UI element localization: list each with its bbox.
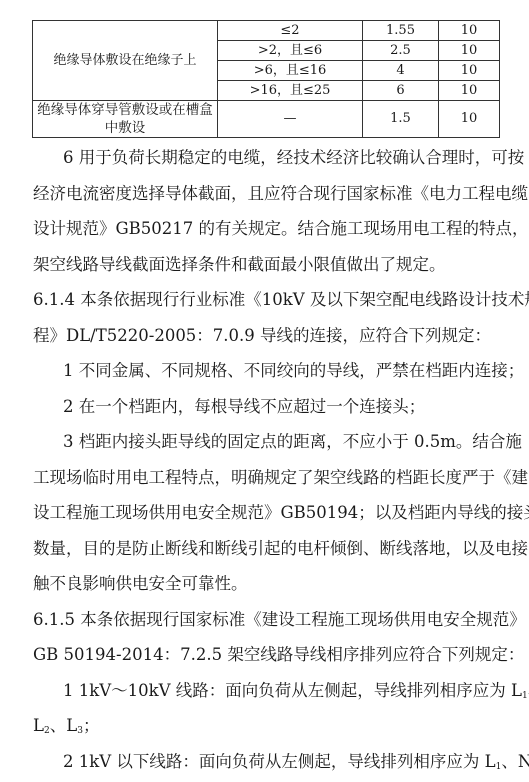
table-cell-span: >16，且≤25: [218, 81, 363, 101]
table-cell-min-section: 4: [363, 61, 439, 81]
table-row: 绝缘导体敷设在绝缘子上 ≤2 1.55 10: [33, 21, 500, 41]
table-cell-min-section: 2.5: [363, 41, 439, 61]
paragraph-line: 设计规范》GB50217 的有关规定。结合施工现场用电工程的特点，对: [33, 211, 503, 247]
table-cell-value: 10: [439, 81, 500, 101]
paragraph-line: 架空线路导线截面选择条件和截面最小限值做出了规定。: [33, 247, 503, 283]
table-cell-method: 绝缘导体穿导管敷设或在槽盒中敷设: [33, 101, 218, 138]
table-cell-min-section: 6: [363, 81, 439, 101]
text-run: 1 1kV～10kV 线路：面向负荷从左侧起，导线排列相序应为 L: [63, 681, 522, 700]
table-cell-value: 10: [439, 21, 500, 41]
paragraph-line: GB 50194-2014：7.2.5 架空线路导线相序排列应符合下列规定：: [33, 637, 503, 673]
document-body: 6 用于负荷长期稳定的电缆，经技术经济比较确认合理时，可按 经济电流密度选择导体…: [33, 140, 503, 779]
paragraph-line: 触不良影响供电安全可靠性。: [33, 566, 503, 602]
paragraph-line: L2、L3；: [33, 708, 503, 744]
list-item: 1 1kV～10kV 线路：面向负荷从左侧起，导线排列相序应为 L1、: [33, 673, 503, 709]
table-cell-min-section: 1.55: [363, 21, 439, 41]
table-cell-span: ≤2: [218, 21, 363, 41]
table-cell-value: 10: [439, 61, 500, 81]
table-cell-value: 10: [439, 101, 500, 138]
section-heading-6-1-5: 6.1.5 本条依据现行国家标准《建设工程施工现场供用电安全规范》: [33, 602, 503, 638]
list-item: 2 1kV 以下线路：面向负荷从左侧起，导线排列相序应为 L1、N、: [33, 744, 503, 780]
text-run: ；: [83, 716, 100, 735]
text-run: 、N、: [501, 752, 529, 771]
list-item: 1 不同金属、不同规格、不同绞向的导线，严禁在档距内连接；: [33, 353, 503, 389]
text-run: 、L: [50, 716, 77, 735]
list-item: 2 在一个档距内，每根导线不应超过一个连接头；: [33, 389, 503, 425]
text-run: L: [33, 716, 44, 735]
paragraph-line: 数量，目的是防止断线和断线引起的电杆倾倒、断线落地，以及电接: [33, 531, 503, 567]
list-item: 3 档距内接头距导线的固定点的距离，不应小于 0.5m。结合施: [33, 424, 503, 460]
section-heading-6-1-4: 6.1.4 本条依据现行行业标准《10kV 及以下架空配电线路设计技术规: [33, 282, 503, 318]
table-cell-method: 绝缘导体敷设在绝缘子上: [33, 21, 218, 101]
paragraph-line: 经济电流密度选择导体截面，且应符合现行国家标准《电力工程电缆: [33, 176, 503, 212]
table-cell-min-section: 1.5: [363, 101, 439, 138]
paragraph-line: 工现场临时用电工程特点，明确规定了架空线路的档距长度严于《建: [33, 460, 503, 496]
table-row: 绝缘导体穿导管敷设或在槽盒中敷设 — 1.5 10: [33, 101, 500, 138]
table-cell-value: 10: [439, 41, 500, 61]
text-run: 2 1kV 以下线路：面向负荷从左侧起，导线排列相序应为 L: [63, 752, 496, 771]
conductor-min-section-table: 绝缘导体敷设在绝缘子上 ≤2 1.55 10 >2，且≤6 2.5 10 >6，…: [32, 20, 500, 138]
table-cell-span: >6，且≤16: [218, 61, 363, 81]
paragraph-line: 程》DL/T5220-2005：7.0.9 导线的连接，应符合下列规定：: [33, 318, 503, 354]
paragraph-line: 设工程施工现场供用电安全规范》GB50194；以及档距内导线的接头: [33, 495, 503, 531]
table-cell-span: >2，且≤6: [218, 41, 363, 61]
paragraph-line: 6 用于负荷长期稳定的电缆，经技术经济比较确认合理时，可按: [33, 140, 503, 176]
table-cell-span: —: [218, 101, 363, 138]
